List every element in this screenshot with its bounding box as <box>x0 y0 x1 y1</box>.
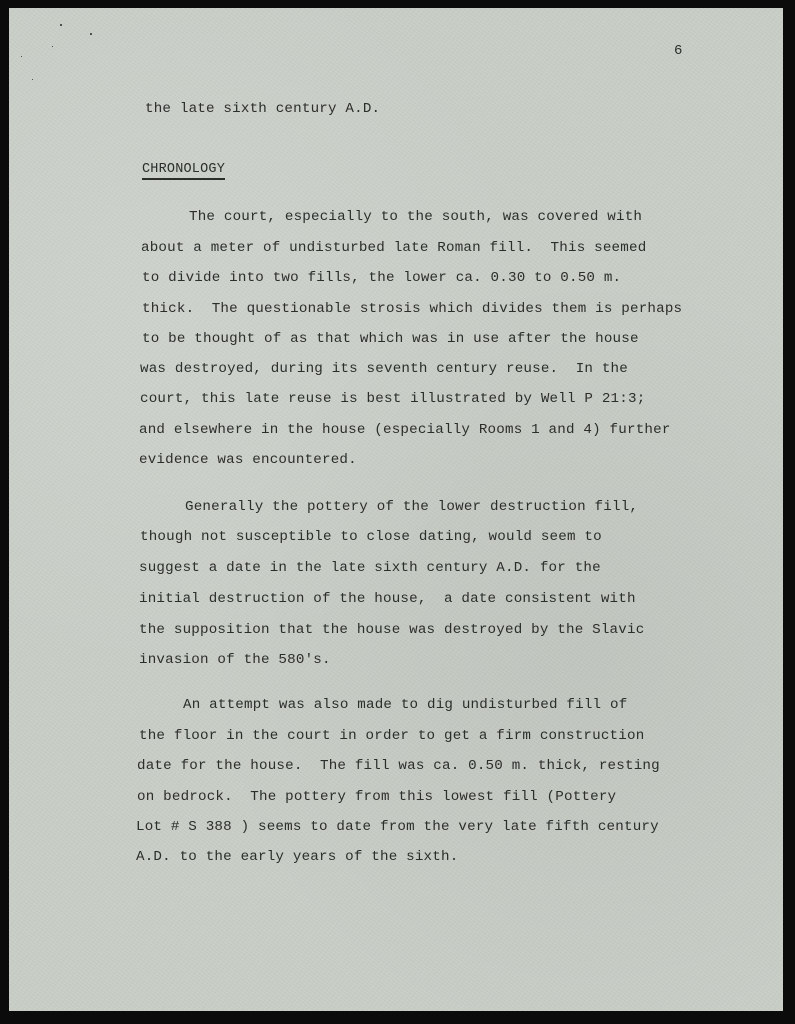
text-line: court, this late reuse is best illustrat… <box>140 392 645 406</box>
page-number: 6 <box>674 44 683 58</box>
ink-speck <box>90 33 92 35</box>
text-line: invasion of the 580's. <box>139 653 331 667</box>
text-line: the late sixth century A.D. <box>145 102 380 116</box>
text-line: evidence was encountered. <box>139 453 357 467</box>
text-line: the supposition that the house was destr… <box>139 623 644 637</box>
text-line: on bedrock. The pottery from this lowest… <box>137 790 616 804</box>
text-line: thick. The questionable strosis which di… <box>142 302 682 316</box>
text-line: and elsewhere in the house (especially R… <box>139 423 671 437</box>
text-line: date for the house. The fill was ca. 0.5… <box>137 759 660 773</box>
ink-speck <box>21 56 22 57</box>
text-line: to divide into two fills, the lower ca. … <box>142 271 621 285</box>
text-line: The court, especially to the south, was … <box>189 210 642 224</box>
text-line: though not susceptible to close dating, … <box>140 530 602 544</box>
text-line: suggest a date in the late sixth century… <box>139 561 601 575</box>
text-line: A.D. to the early years of the sixth. <box>136 850 458 864</box>
text-line: Lot # S 388 ) seems to date from the ver… <box>136 820 659 834</box>
ink-speck <box>32 79 33 80</box>
text-line: initial destruction of the house, a date… <box>139 592 636 606</box>
text-line: about a meter of undisturbed late Roman … <box>141 241 646 255</box>
text-line: Generally the pottery of the lower destr… <box>185 500 638 514</box>
text-line: was destroyed, during its seventh centur… <box>140 362 628 376</box>
section-heading: CHRONOLOGY <box>142 163 225 180</box>
text-line: to be thought of as that which was in us… <box>142 332 639 346</box>
ink-speck <box>60 24 62 26</box>
ink-speck <box>52 46 53 47</box>
text-line: the floor in the court in order to get a… <box>139 729 644 743</box>
text-line: An attempt was also made to dig undistur… <box>183 698 627 712</box>
